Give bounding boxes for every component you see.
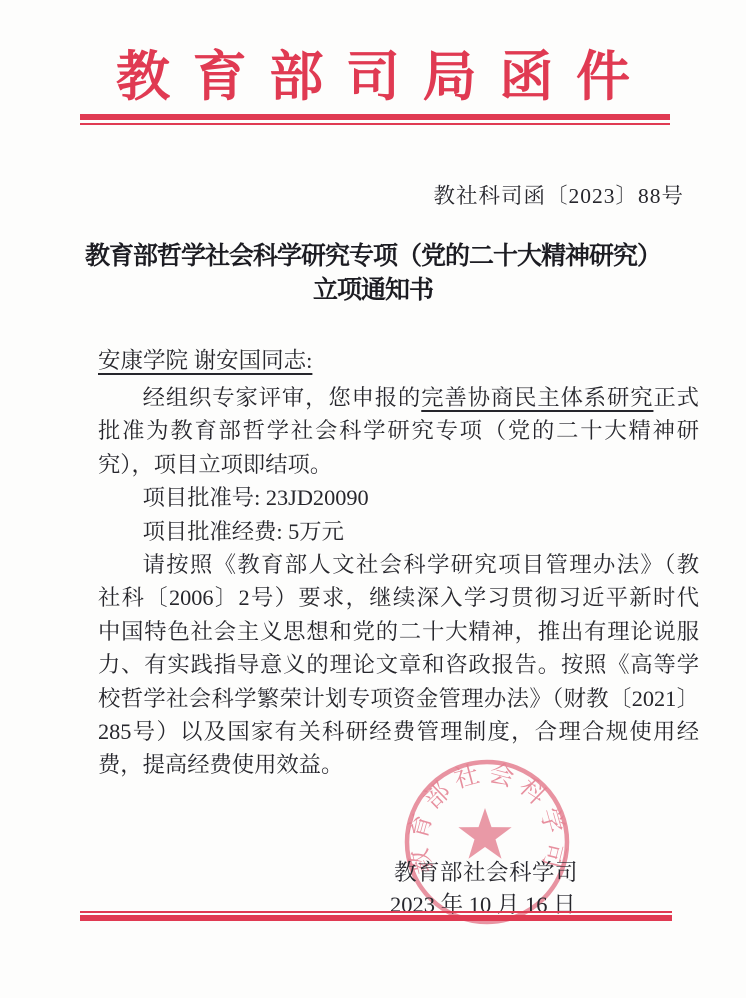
body-segment: 校哲学社会科学繁荣计划专项资金管理办法》（财教〔2021〕 <box>98 686 699 711</box>
body-segment: 正式 <box>653 385 699 410</box>
body-line: 力、有实践指导意义的理论文章和咨政报告。按照《高等学 <box>98 648 699 681</box>
body-segment: 项目批准号: 23JD20090 <box>143 485 369 510</box>
footer-rule <box>80 911 672 921</box>
body-segment: 费，提高经费使用效益。 <box>98 752 343 777</box>
header-rule <box>80 114 670 125</box>
body-segment: 批准为教育部哲学社会科学研究专项（党的二十大精神研 <box>98 418 699 443</box>
notice-title: 教育部哲学社会科学研究专项（党的二十大精神研究） 立项通知书 <box>0 240 746 308</box>
body-segment: 285号）以及国家有关科研经费管理制度，合理合规使用经 <box>98 719 699 744</box>
body-line: 批准为教育部哲学社会科学研究专项（党的二十大精神研 <box>98 414 699 447</box>
body-segment: 究），项目立项即结项。 <box>98 452 332 477</box>
body-segment: 经组织专家评审，您申报的 <box>143 385 422 410</box>
body-line: 费，提高经费使用效益。 <box>98 748 699 781</box>
footer-rule-thin <box>80 911 672 913</box>
body-paragraphs: 经组织专家评审，您申报的完善协商民主体系研究正式批准为教育部哲学社会科学研究专项… <box>98 381 699 782</box>
body-line: 中国特色社会主义思想和党的二十大精神，推出有理论说服 <box>98 615 699 648</box>
body-segment: 力、有实践指导意义的理论文章和咨政报告。按照《高等学 <box>98 652 699 677</box>
body-segment: 请按照《教育部人文社会科学研究项目管理办法》（教 <box>143 552 699 577</box>
star-icon <box>458 808 511 859</box>
notice-title-line2: 立项通知书 <box>0 274 746 308</box>
body-line: 经组织专家评审，您申报的完善协商民主体系研究正式 <box>98 381 699 414</box>
body-line: 社科〔2006〕2号）要求，继续深入学习贯彻习近平新时代 <box>98 581 699 614</box>
letterhead-banner: 教育部司局函件 <box>0 34 746 111</box>
body-segment: 社科〔2006〕2号）要求，继续深入学习贯彻习近平新时代 <box>98 585 699 610</box>
body-line: 项目批准经费: 5万元 <box>98 515 699 548</box>
header-rule-thin <box>80 123 670 125</box>
doc-number: 教社科司函〔2023〕88号 <box>433 179 684 210</box>
body-segment: 中国特色社会主义思想和党的二十大精神，推出有理论说服 <box>98 619 699 644</box>
body-line: 项目批准号: 23JD20090 <box>98 481 699 514</box>
salutation: 安康学院 谢安国同志: <box>98 343 312 375</box>
header-rule-thick <box>80 114 670 120</box>
letter-page: 教育部司局函件 教社科司函〔2023〕88号 教育部哲学社会科学研究专项（党的二… <box>0 0 746 998</box>
signature-department: 教育部社会科学司 <box>394 855 578 887</box>
project-title-underlined: 完善协商民主体系研究 <box>421 385 653 410</box>
notice-title-line1: 教育部哲学社会科学研究专项（党的二十大精神研究） <box>0 240 746 274</box>
body-line: 校哲学社会科学繁荣计划专项资金管理办法》（财教〔2021〕 <box>98 682 699 715</box>
body-segment: 项目批准经费: 5万元 <box>143 519 344 544</box>
body-line: 285号）以及国家有关科研经费管理制度，合理合规使用经 <box>98 715 699 748</box>
body-line: 究），项目立项即结项。 <box>98 448 699 481</box>
footer-rule-thick <box>80 915 672 921</box>
body-line: 请按照《教育部人文社会科学研究项目管理办法》（教 <box>98 548 699 581</box>
